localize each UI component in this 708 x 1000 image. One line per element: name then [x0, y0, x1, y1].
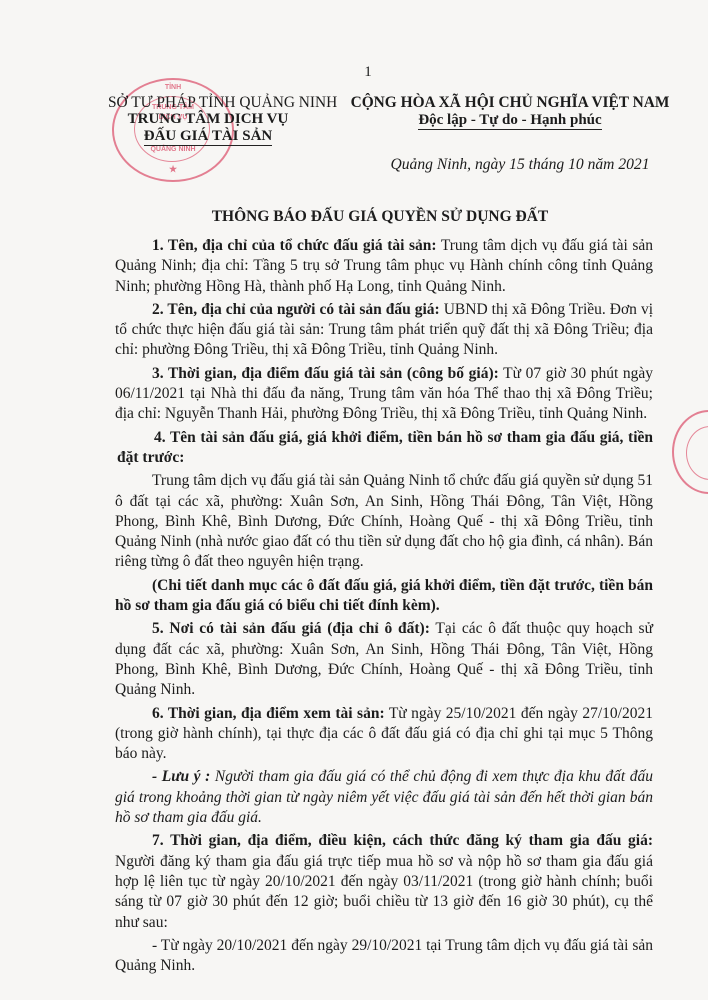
section-3: 3. Thời gian, địa điểm đấu giá tài sản (…	[115, 364, 653, 425]
section-heading: 5. Nơi có tài sản đấu giá (địa chỉ ô đất…	[152, 620, 430, 637]
seal-bottom-text: QUẢNG NINH	[114, 146, 232, 153]
section-heading: 7. Thời gian, địa điểm, điều kiện, cách …	[152, 832, 653, 849]
date-line: Quảng Ninh, ngày 15 tháng 10 năm 2021	[360, 156, 680, 174]
issuer-center-name-2: ĐẤU GIÁ TÀI SẢN	[144, 128, 273, 146]
section-4: 4. Tên tài sản đấu giá, giá khởi điểm, t…	[115, 428, 653, 469]
note-paragraph: - Lưu ý : Người tham gia đấu giá có thể …	[115, 767, 653, 828]
section-7-item-1: - Từ ngày 20/10/2021 đến ngày 29/10/2021…	[115, 936, 653, 977]
section-6: 6. Thời gian, địa điểm xem tài sản: Từ n…	[115, 704, 653, 765]
seal-edge-inner-ring	[686, 426, 708, 480]
attachment-note-text: (Chi tiết danh mục các ô đất đấu giá, gi…	[115, 577, 653, 614]
note-label: - Lưu ý :	[152, 768, 210, 785]
section-2: 2. Tên, địa chỉ của người có tài sản đấu…	[115, 300, 653, 361]
issuer-header: SỞ TƯ PHÁP TỈNH QUẢNG NINH TRUNG TÂM DỊC…	[108, 94, 308, 146]
document-page: 1 TỈNH TRUNG TÂM DỊCH VỤ QUẢNG NINH ★ SỞ…	[0, 0, 708, 1000]
section-heading: 6. Thời gian, địa điểm xem tài sản:	[152, 705, 385, 722]
section-text: Trung tâm dịch vụ đấu giá tài sản Quảng …	[115, 472, 653, 570]
national-title: CỘNG HÒA XÃ HỘI CHỦ NGHĨA VIỆT NAM	[345, 94, 675, 111]
section-5: 5. Nơi có tài sản đấu giá (địa chỉ ô đất…	[115, 619, 653, 700]
section-text: - Từ ngày 20/10/2021 đến ngày 29/10/2021…	[115, 937, 653, 974]
section-heading: 2. Tên, địa chỉ của người có tài sản đấu…	[152, 301, 440, 318]
document-body: 1. Tên, địa chỉ của tổ chức đấu giá tài …	[115, 236, 653, 979]
national-motto: Độc lập - Tự do - Hạnh phúc	[418, 112, 601, 130]
section-7: 7. Thời gian, địa điểm, điều kiện, cách …	[115, 831, 653, 932]
section-4-body: Trung tâm dịch vụ đấu giá tài sản Quảng …	[115, 471, 653, 572]
issuer-department: SỞ TƯ PHÁP TỈNH QUẢNG NINH	[108, 94, 308, 111]
star-icon: ★	[114, 164, 232, 175]
seal-top-text: TỈNH	[114, 84, 232, 91]
attachment-note: (Chi tiết danh mục các ô đất đấu giá, gi…	[115, 576, 653, 617]
document-title: THÔNG BÁO ĐẤU GIÁ QUYỀN SỬ DỤNG ĐẤT	[100, 208, 660, 226]
section-1: 1. Tên, địa chỉ của tổ chức đấu giá tài …	[115, 236, 653, 297]
section-heading: 3. Thời gian, địa điểm đấu giá tài sản (…	[152, 365, 499, 382]
national-header: CỘNG HÒA XÃ HỘI CHỦ NGHĨA VIỆT NAM Độc l…	[345, 94, 675, 130]
section-heading: 1. Tên, địa chỉ của tổ chức đấu giá tài …	[152, 237, 437, 254]
seal-stamp-edge	[672, 410, 708, 494]
section-text: Người đăng ký tham gia đấu giá trực tiếp…	[115, 853, 653, 931]
section-heading: 4. Tên tài sản đấu giá, giá khởi điểm, t…	[117, 429, 653, 466]
page-number: 1	[0, 64, 708, 81]
issuer-center-name: TRUNG TÂM DỊCH VỤ	[108, 111, 308, 128]
